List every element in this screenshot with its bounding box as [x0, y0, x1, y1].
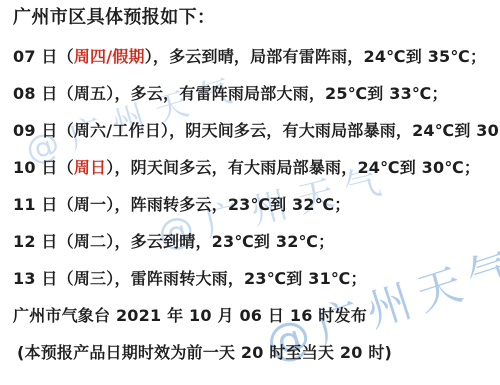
- forecast-row: 11 日（周一），阵雨转多云，23℃到 32℃；: [13, 195, 351, 215]
- forecast-detail: ），阴天间多云，有大雨局部暴雨，24℃到 30℃；: [161, 121, 500, 140]
- forecast-day-prefix: 13 日（: [13, 269, 74, 288]
- forecast-day-prefix: 08 日（: [13, 84, 74, 103]
- forecast-weekday: 周五: [74, 84, 106, 103]
- forecast-row: 07 日（周四/假期），多云到晴，局部有雷阵雨，24℃到 35℃；: [13, 47, 486, 67]
- forecast-row: 12 日（周二），多云到晴，23℃到 32℃；: [13, 232, 334, 252]
- forecast-day-prefix: 07 日（: [13, 47, 74, 66]
- forecast-row: 09 日（周六/工作日），阴天间多云，有大雨局部暴雨，24℃到 30℃；: [13, 121, 500, 141]
- forecast-detail: ），多云到晴，23℃到 32℃；: [106, 232, 334, 251]
- forecast-day-prefix: 12 日（: [13, 232, 74, 251]
- validity-note: (本预报产品日期时效为前一天 20 时至当天 20 时): [17, 343, 392, 363]
- forecast-weekday: 周三: [74, 269, 106, 288]
- forecast-weekday: 周二: [74, 232, 106, 251]
- forecast-detail: ），阴天间多云，有大雨局部暴雨，24℃到 30℃；: [106, 158, 480, 177]
- forecast-weekday: 周六/工作日: [74, 121, 161, 140]
- forecast-row: 08 日（周五），多云，有雷阵雨局部大雨，25℃到 33℃；: [13, 84, 448, 104]
- forecast-detail: ），阵雨转多云，23℃到 32℃；: [106, 195, 350, 214]
- forecast-detail: ），雷阵雨转大雨，23℃到 31℃；: [106, 269, 366, 288]
- weather-forecast-page: @广州天气 @广州天气 @广州天气 广州市区具体预报如下： 07 日（周四/假期…: [0, 0, 500, 385]
- forecast-weekday: 周四/假期: [74, 47, 145, 66]
- forecast-row: 13 日（周三），雷阵雨转大雨，23℃到 31℃；: [13, 269, 367, 289]
- forecast-detail: ），多云，有雷阵雨局部大雨，25℃到 33℃；: [106, 84, 447, 103]
- page-title: 广州市区具体预报如下：: [13, 7, 215, 30]
- forecast-detail: ），多云到晴，局部有雷阵雨，24℃到 35℃；: [145, 47, 486, 66]
- issuer-line: 广州市气象台 2021 年 10 月 06 日 16 时发布: [13, 306, 367, 326]
- forecast-weekday: 周日: [74, 158, 106, 177]
- forecast-day-prefix: 10 日（: [13, 158, 74, 177]
- forecast-day-prefix: 09 日（: [13, 121, 74, 140]
- forecast-row: 10 日（周日），阴天间多云，有大雨局部暴雨，24℃到 30℃；: [13, 158, 480, 178]
- forecast-weekday: 周一: [74, 195, 106, 214]
- watermark-text: @广州天气: [19, 61, 248, 172]
- forecast-day-prefix: 11 日（: [13, 195, 74, 214]
